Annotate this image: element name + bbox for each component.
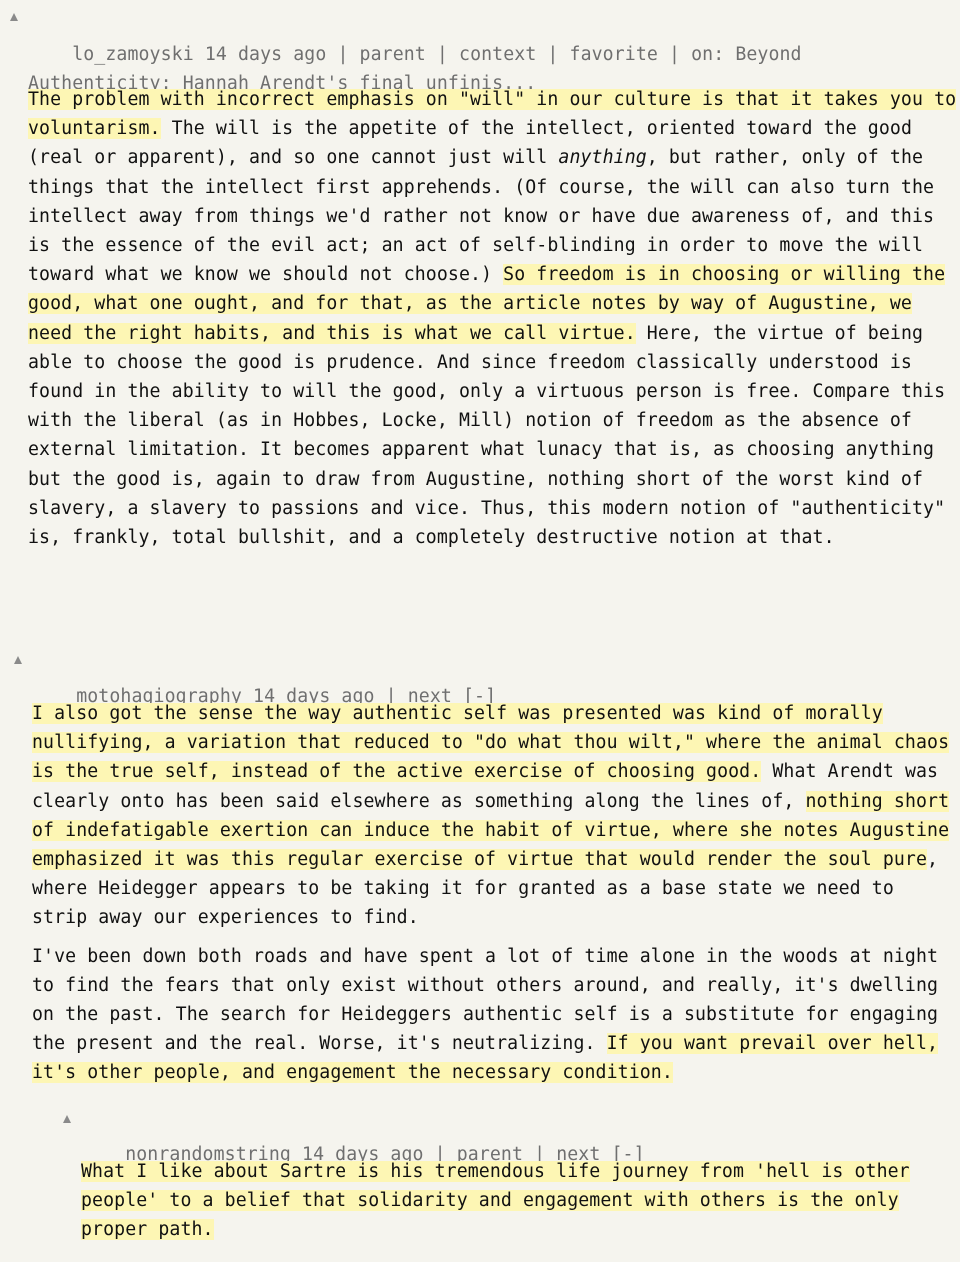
- comment-body: I also got the sense the way authentic s…: [32, 699, 958, 1088]
- context-link[interactable]: context: [459, 44, 536, 65]
- story-prefix: on:: [691, 44, 724, 65]
- comment-body: The problem with incorrect emphasis on "…: [28, 85, 958, 552]
- upvote-arrow-icon[interactable]: [63, 1115, 71, 1123]
- upvote-arrow-icon[interactable]: [14, 656, 22, 664]
- comment-body: What I like about Sartre is his tremendo…: [81, 1157, 911, 1245]
- upvote-arrow-icon[interactable]: [10, 13, 18, 21]
- emphasis-text: anything: [558, 147, 646, 168]
- favorite-link[interactable]: favorite: [570, 44, 658, 65]
- comment-age[interactable]: 14 days ago: [205, 44, 327, 65]
- comment-author[interactable]: lo_zamoyski: [72, 44, 194, 65]
- comment-paragraph: The problem with incorrect emphasis on "…: [28, 85, 958, 552]
- comment-text: Here, the virtue of being able to choose…: [28, 323, 945, 548]
- comment-paragraph: What I like about Sartre is his tremendo…: [81, 1157, 911, 1245]
- comment-paragraph: I also got the sense the way authentic s…: [32, 699, 958, 933]
- highlighted-text: What I like about Sartre is his tremendo…: [81, 1161, 910, 1240]
- comment-paragraph: I've been down both roads and have spent…: [32, 942, 958, 1088]
- parent-link[interactable]: parent: [360, 44, 426, 65]
